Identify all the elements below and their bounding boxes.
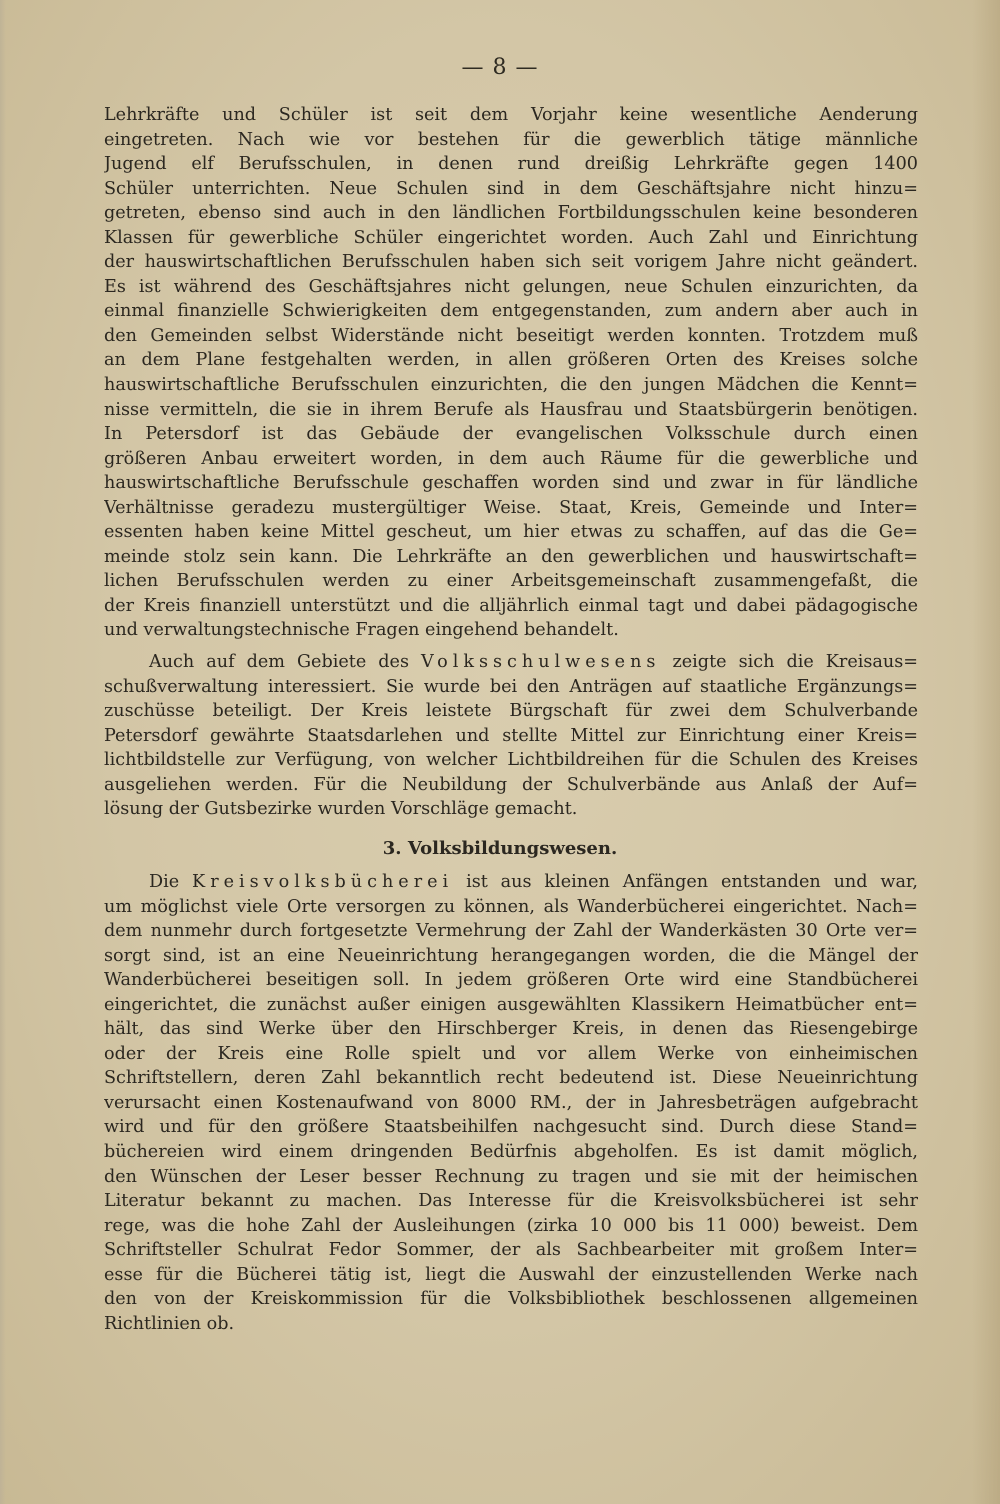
text-line: lichen Berufsschulen werden zu einer Arb… bbox=[104, 569, 918, 594]
text-line: Verhältnisse geradezu mustergültiger Wei… bbox=[104, 496, 918, 521]
text-line: verursacht einen Kostenaufwand von 8000 … bbox=[104, 1091, 918, 1116]
text-line: und verwaltungstechnische Fragen eingehe… bbox=[104, 618, 918, 643]
text-line: Auch auf dem Gebiete des Volksschulwesen… bbox=[104, 650, 918, 675]
text-line: In Petersdorf ist das Gebäude der evange… bbox=[104, 422, 918, 447]
text-line: ausgeliehen werden. Für die Neubildung d… bbox=[104, 773, 918, 798]
text-line: lösung der Gutsbezirke wurden Vorschläge… bbox=[104, 797, 918, 822]
text-line: meinde stolz sein kann. Die Lehrkräfte a… bbox=[104, 545, 918, 570]
scanned-page: — 8 — Lehrkräfte und Schüler ist seit de… bbox=[0, 0, 1000, 1504]
text-line: Schriftstellern, deren Zahl bekanntlich … bbox=[104, 1066, 918, 1091]
text-line: Es ist während des Geschäftsjahres nicht… bbox=[104, 275, 918, 300]
paragraph-county-library: Die Kreisvolksbücherei ist aus kleinen A… bbox=[104, 870, 918, 1336]
text-line: Lehrkräfte und Schüler ist seit dem Vorj… bbox=[104, 103, 918, 128]
page-number: — 8 — bbox=[0, 55, 1000, 80]
text-line: der Kreis finanziell unterstützt und die… bbox=[104, 594, 918, 619]
text-line: eingerichtet, die zunächst außer einigen… bbox=[104, 993, 918, 1018]
text-line: größeren Anbau erweitert worden, in dem … bbox=[104, 447, 918, 472]
text-line: rege, was die hohe Zahl der Ausleihungen… bbox=[104, 1214, 918, 1239]
text-line: Schriftsteller Schulrat Fedor Sommer, de… bbox=[104, 1238, 918, 1263]
text-line: um möglichst viele Orte versorgen zu kön… bbox=[104, 895, 918, 920]
emphasized-term: Volksschulwesens bbox=[421, 652, 660, 672]
text-line: sorgt sind, ist an eine Neueinrichtung h… bbox=[104, 944, 918, 969]
text-line: hauswirtschaftliche Berufsschule geschaf… bbox=[104, 471, 918, 496]
text-line: der hauswirtschaftlichen Berufsschulen h… bbox=[104, 250, 918, 275]
text-line: den Gemeinden selbst Widerstände nicht b… bbox=[104, 324, 918, 349]
text-line: den von der Kreiskommission für die Volk… bbox=[104, 1287, 918, 1312]
text-line: Wanderbücherei beseitigen soll. In jedem… bbox=[104, 968, 918, 993]
text-line: hält, das sind Werke über den Hirschberg… bbox=[104, 1017, 918, 1042]
text-line: einmal finanzielle Schwierigkeiten dem e… bbox=[104, 299, 918, 324]
text-line: hauswirtschaftliche Berufsschulen einzur… bbox=[104, 373, 918, 398]
text-line: Richtlinien ob. bbox=[104, 1312, 918, 1337]
text-line: essenten haben keine Mittel gescheut, um… bbox=[104, 520, 918, 545]
page-edge-left bbox=[0, 0, 6, 1504]
text-line: Literatur bekannt zu machen. Das Interes… bbox=[104, 1189, 918, 1214]
text-line: dem nunmehr durch fortgesetzte Vermehrun… bbox=[104, 919, 918, 944]
text-line: Petersdorf gewährte Staatsdarlehen und s… bbox=[104, 724, 918, 749]
text-line: Jugend elf Berufsschulen, in denen rund … bbox=[104, 152, 918, 177]
page-edge-right bbox=[972, 0, 1000, 1504]
text-line: zuschüsse beteiligt. Der Kreis leistete … bbox=[104, 699, 918, 724]
text-line: an dem Plane festgehalten werden, in all… bbox=[104, 348, 918, 373]
text-line: Schüler unterrichten. Neue Schulen sind … bbox=[104, 177, 918, 202]
paragraph-elementary-schools: Auch auf dem Gebiete des Volksschulwesen… bbox=[104, 650, 918, 822]
text-line: nisse vermitteln, die sie in ihrem Beruf… bbox=[104, 398, 918, 423]
text-line: eingetreten. Nach wie vor bestehen für d… bbox=[104, 128, 918, 153]
text-line: esse für die Bücherei tätig ist, liegt d… bbox=[104, 1263, 918, 1288]
text-line: Klassen für gewerbliche Schüler eingeric… bbox=[104, 226, 918, 251]
emphasized-term: Kreisvolksbücherei bbox=[192, 872, 453, 892]
text-line: den Wünschen der Leser besser Rechnung z… bbox=[104, 1165, 918, 1190]
text-line: getreten, ebenso sind auch in den ländli… bbox=[104, 201, 918, 226]
text-line: wird und für den größere Staatsbeihilfen… bbox=[104, 1115, 918, 1140]
text-line: lichtbildstelle zur Verfügung, von welch… bbox=[104, 748, 918, 773]
paragraph-vocational-schools: Lehrkräfte und Schüler ist seit dem Vorj… bbox=[104, 103, 918, 643]
text-line: oder der Kreis eine Rolle spielt und vor… bbox=[104, 1042, 918, 1067]
section-heading: 3. Volksbildungswesen. bbox=[0, 838, 1000, 859]
text-line: schußverwaltung interessiert. Sie wurde … bbox=[104, 675, 918, 700]
text-line: Die Kreisvolksbücherei ist aus kleinen A… bbox=[104, 870, 918, 895]
text-line: büchereien wird einem dringenden Bedürfn… bbox=[104, 1140, 918, 1165]
